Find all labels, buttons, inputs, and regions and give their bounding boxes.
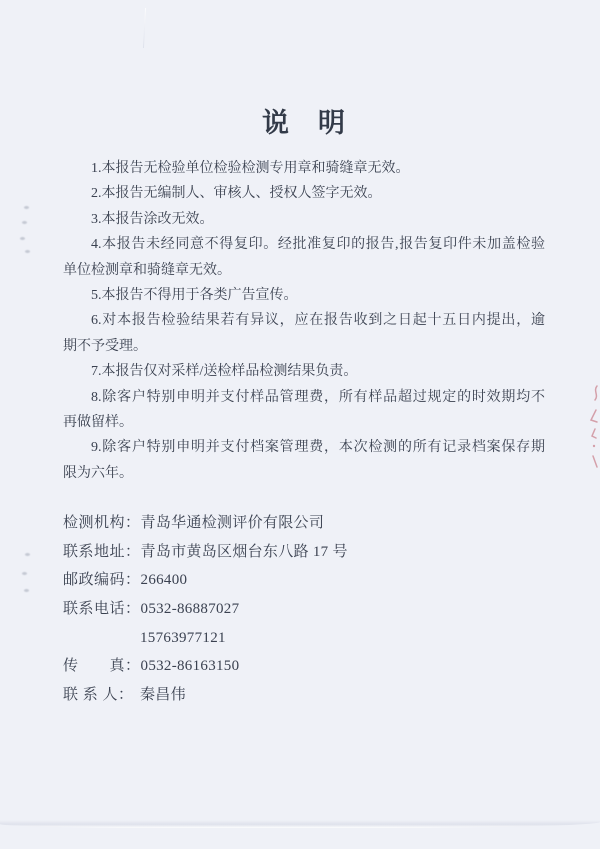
note-line: 6.对本报告检验结果若有异议，应在报告收到之日起十五日内提出，逾 <box>63 308 545 333</box>
note-line: 再做留样。 <box>63 410 545 435</box>
contact-row: 检测机构：青岛华通检测评价有限公司 <box>63 509 545 538</box>
contact-label: 检测机构： <box>63 509 141 538</box>
contact-value: 0532-86163150 <box>141 658 240 674</box>
contact-row: 联系地址：青岛市黄岛区烟台东八路 17 号 <box>63 538 545 567</box>
contact-row: 联系电话：0532-86887027 <box>63 595 545 624</box>
contact-row: 传 真：0532-86163150 <box>63 652 545 681</box>
note-line: 4.本报告未经同意不得复印。经批准复印的报告,报告复印件未加盖检验 <box>63 232 545 257</box>
document-body: 说 明 1.本报告无检验单位检验检测专用章和骑缝章无效。 2.本报告无编制人、审… <box>0 0 600 849</box>
note-line: 8.除客户特别申明并支付样品管理费，所有样品超过规定的时效期均不 <box>63 385 545 410</box>
contact-value: 15763977121 <box>140 630 226 646</box>
note-line: 单位检测章和骑缝章无效。 <box>63 258 545 283</box>
contact-label: 联系电话： <box>63 595 141 624</box>
contact-row: 联 系 人：秦昌伟 <box>63 681 545 710</box>
note-line: 7.本报告仅对采样/送检样品检测结果负责。 <box>63 359 545 384</box>
contact-block: 检测机构：青岛华通检测评价有限公司 联系地址：青岛市黄岛区烟台东八路 17 号 … <box>63 509 545 709</box>
note-line: 期不予受理。 <box>63 334 545 359</box>
contact-row: 邮政编码：266400 <box>63 566 545 595</box>
note-line: 3.本报告涂改无效。 <box>63 207 545 232</box>
contact-label: 联系地址： <box>63 538 141 567</box>
notes-list: 1.本报告无检验单位检验检测专用章和骑缝章无效。 2.本报告无编制人、审核人、授… <box>63 156 545 486</box>
note-line: 2.本报告无编制人、审核人、授权人签字无效。 <box>63 181 545 206</box>
contact-value: 266400 <box>141 572 188 588</box>
contact-value: 青岛华通检测评价有限公司 <box>141 515 325 531</box>
contact-value: 秦昌伟 <box>140 687 186 703</box>
note-line: 5.本报告不得用于各类广告宣传。 <box>63 283 545 308</box>
note-line: 限为六年。 <box>63 461 545 486</box>
note-line: 1.本报告无检验单位检验检测专用章和骑缝章无效。 <box>63 156 545 181</box>
contact-label: 联 系 人： <box>63 681 140 710</box>
contact-row: 15763977121 <box>63 624 545 653</box>
contact-value: 0532-86887027 <box>141 601 240 617</box>
contact-value: 青岛市黄岛区烟台东八路 17 号 <box>141 544 348 560</box>
note-line: 9.除客户特别申明并支付档案管理费，本次检测的所有记录档案保存期 <box>63 435 545 460</box>
contact-label: 邮政编码： <box>63 566 141 595</box>
page-title: 说 明 <box>63 104 545 142</box>
scanned-page: 说 明 1.本报告无检验单位检验检测专用章和骑缝章无效。 2.本报告无编制人、审… <box>0 0 600 849</box>
contact-label: 传 真： <box>63 652 141 681</box>
